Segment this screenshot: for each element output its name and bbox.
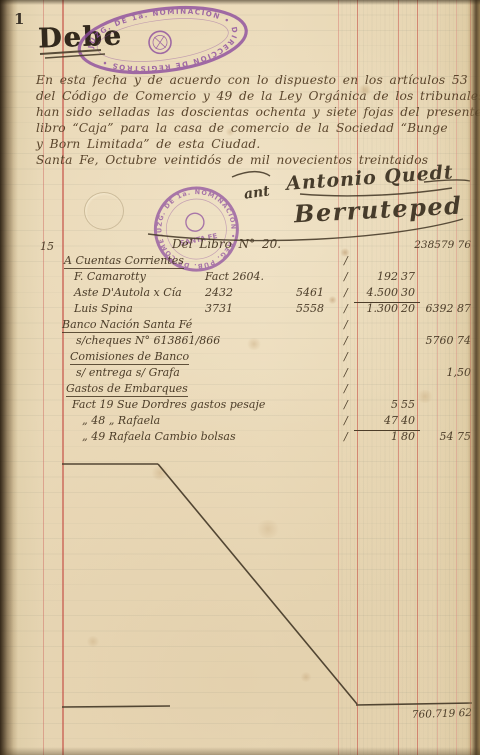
stain xyxy=(150,466,170,480)
row-desc: s/ entrega s/ Grafa xyxy=(76,366,180,379)
certificate-line: En esta fecha y de acuerdo con lo dispue… xyxy=(36,73,476,89)
certificate-line: y Born Limitada” de esta Ciudad. xyxy=(36,137,476,153)
check-mark: / xyxy=(344,414,348,427)
check-mark: / xyxy=(344,382,348,395)
certificate-line: del Código de Comercio y 49 de la Ley Or… xyxy=(36,89,476,105)
debe-underline xyxy=(45,54,105,58)
amount: 1 xyxy=(354,430,398,443)
sum-rule xyxy=(354,430,420,431)
row-ref: 2432 xyxy=(205,286,275,299)
check-mark: / xyxy=(344,350,348,363)
page-edge xyxy=(467,0,480,755)
amount: 5 xyxy=(354,398,398,411)
ledger-row: „ 48 „ Rafaela / 47 40 xyxy=(0,414,480,430)
stain xyxy=(255,520,281,538)
check-mark: / xyxy=(344,366,348,379)
ledger-row: Fact 19 Sue Dordres gastos pesaje / 5 55 xyxy=(0,398,480,414)
amount-cents: 37 xyxy=(401,270,417,283)
brought-forward-total: 238579 76 xyxy=(413,239,471,251)
folio-reference: 15 xyxy=(40,240,54,253)
row-ref: 5461 xyxy=(296,286,336,299)
row-desc: Luis Spina xyxy=(74,302,133,315)
amount: 47 xyxy=(354,414,398,427)
row-desc: Fact 19 Sue Dordres gastos pesaje xyxy=(72,398,265,411)
stain xyxy=(86,636,100,647)
row-desc: Aste D'Autola x Cía xyxy=(74,286,182,299)
amount-cents: 55 xyxy=(401,398,417,411)
ledger-title: Del Libro N° 20. xyxy=(172,237,281,251)
row-ref: 5558 xyxy=(296,302,336,315)
ledger-row: s/ entrega s/ Grafa / 1,50 xyxy=(0,366,480,382)
check-mark: / xyxy=(344,254,348,267)
ledger-row: F. Camarotty Fact 2604. / 192 37 xyxy=(0,270,480,286)
check-mark: / xyxy=(344,318,348,331)
signature-flourish xyxy=(232,172,270,177)
ante-word: ant xyxy=(243,183,271,202)
row-desc: F. Camarotty xyxy=(74,270,146,283)
amount: 192 xyxy=(354,270,398,283)
ledger-row: Comisiones de Banco / xyxy=(0,350,480,366)
certificate-line: han sido selladas las doscientas ochenta… xyxy=(36,105,476,121)
row-total: 1,50 xyxy=(413,366,471,379)
row-desc: „ 49 Rafaela Cambio bolsas xyxy=(82,430,236,443)
row-desc: Gastos de Embarques xyxy=(66,382,188,397)
row-desc: „ 48 „ Rafaela xyxy=(82,414,160,427)
row-total: 6392 87 xyxy=(413,302,471,315)
row-ref: 3731 xyxy=(205,302,275,315)
amount: 4.500 xyxy=(354,286,398,299)
row-desc: Comisiones de Banco xyxy=(70,350,189,365)
signature-secretary: Berruteped xyxy=(293,191,463,229)
debit-heading: Debe xyxy=(37,21,123,55)
page-edge xyxy=(0,0,480,5)
ledger-row: Aste D'Autola x Cía 2432 5461 / 4.500 30 xyxy=(0,286,480,302)
sum-rule xyxy=(354,302,420,303)
certificate-line: libro “Caja” para la casa de comercio de… xyxy=(36,121,476,137)
ledger-row: s/cheques N° 613861/866 / 5760 74 xyxy=(0,334,480,350)
ledger-row: Banco Nación Santa Fé / xyxy=(0,318,480,334)
sealing-certificate: En esta fecha y de acuerdo con lo dispue… xyxy=(36,73,476,169)
row-desc: Banco Nación Santa Fé xyxy=(62,318,192,333)
row-ref: Fact 2604. xyxy=(205,270,275,283)
check-mark: / xyxy=(344,302,348,315)
amount-cents: 40 xyxy=(401,414,417,427)
row-desc: A Cuentas Corrientes xyxy=(64,254,184,269)
ledger-row: „ 49 Rafaela Cambio bolsas / 1 80 54 75 xyxy=(0,430,480,446)
ledger-page-scan: 1 Debe JUZG. DE 1a. NOMINACION • DIRECCI… xyxy=(0,0,480,755)
embossed-seal-mark xyxy=(84,192,124,230)
row-total: 54 75 xyxy=(413,430,471,443)
check-mark: / xyxy=(344,334,348,347)
ledger-row: Gastos de Embarques / xyxy=(0,382,480,398)
page-edge xyxy=(0,747,480,755)
check-mark: / xyxy=(344,430,348,443)
amount: 1.300 xyxy=(354,302,398,315)
cancellation-strokes xyxy=(62,464,472,707)
check-mark: / xyxy=(344,270,348,283)
row-total: 5760 74 xyxy=(413,334,471,347)
check-mark: / xyxy=(344,286,348,299)
stain xyxy=(300,672,312,682)
binding-shadow xyxy=(0,0,18,755)
ledger-row: A Cuentas Corrientes / xyxy=(0,254,480,270)
bottom-total: 760.719 62 xyxy=(410,707,472,721)
amount-cents: 30 xyxy=(401,286,417,299)
check-mark: / xyxy=(344,398,348,411)
row-desc: s/cheques N° 613861/866 xyxy=(76,334,220,347)
ledger-row: Luis Spina 3731 5558 / 1.300 20 6392 87 xyxy=(0,302,480,318)
